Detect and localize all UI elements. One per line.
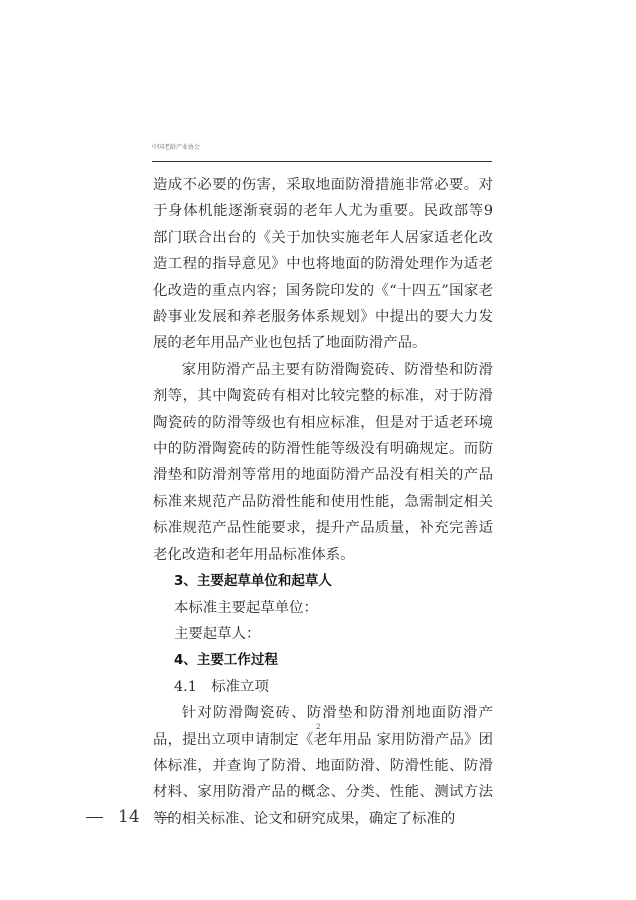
dash-left bbox=[86, 817, 103, 818]
inner-page-number: 2 bbox=[316, 723, 320, 731]
paragraph-continuation: 造成不必要的伤害，采取地面防滑措施非常必要。对于身体机能逐渐衰弱的老年人尤为重要… bbox=[153, 172, 493, 357]
drafters-label: 主要起草人： bbox=[153, 621, 493, 647]
section-3-heading: 3、主要起草单位和起草人 bbox=[153, 568, 493, 594]
paragraph-project-initiation: 针对防滑陶瓷砖、防滑垫和防滑剂地面防滑产品，提出立项申请制定《老年用品 家用防滑… bbox=[153, 700, 493, 832]
outer-page-number: 14 bbox=[86, 807, 172, 827]
dash-right bbox=[155, 817, 172, 818]
header-divider bbox=[152, 161, 492, 162]
document-page: 中国老龄产业协会 造成不必要的伤害，采取地面防滑措施非常必要。对于身体机能逐渐衰… bbox=[0, 0, 636, 900]
drafting-units-label: 本标准主要起草单位： bbox=[153, 595, 493, 621]
section-4-heading: 4、主要工作过程 bbox=[153, 647, 493, 673]
subsection-4-1-heading: 4.1 标准立项 bbox=[153, 674, 493, 700]
paragraph-products: 家用防滑产品主要有防滑陶瓷砖、防滑垫和防滑剂等，其中陶瓷砖有相对比较完整的标准，… bbox=[153, 357, 493, 568]
page-number-value: 14 bbox=[118, 807, 140, 827]
document-body: 造成不必要的伤害，采取地面防滑措施非常必要。对于身体机能逐渐衰弱的老年人尤为重要… bbox=[153, 172, 493, 832]
header-organization: 中国老龄产业协会 bbox=[152, 142, 200, 151]
